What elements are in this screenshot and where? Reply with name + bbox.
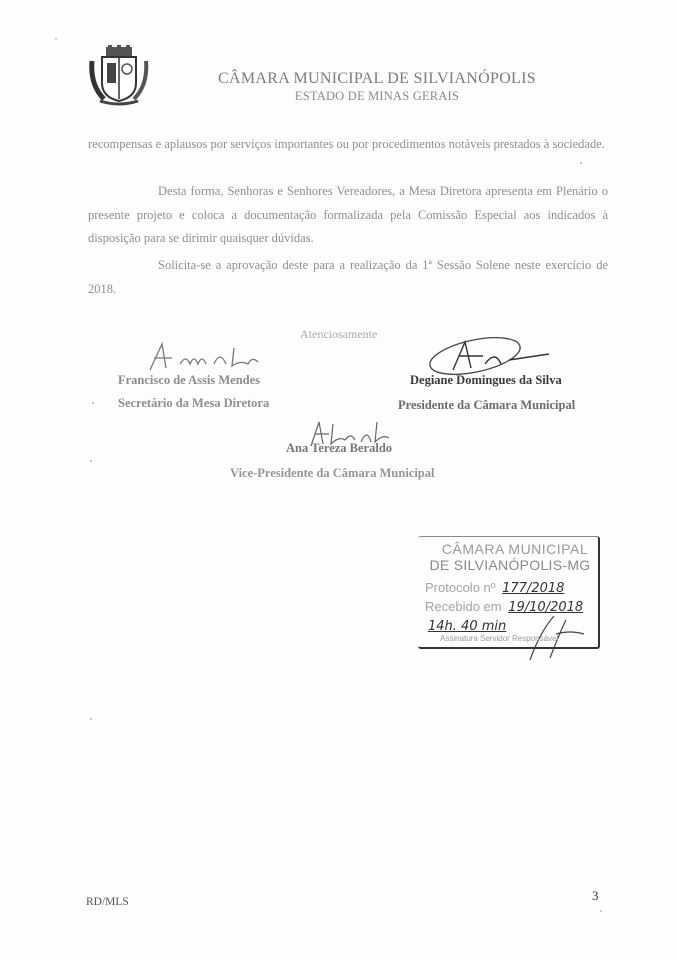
stamp-line: DE SILVIANÓPOLIS-MG [422,557,598,573]
scan-speck [600,910,602,912]
signatory-role: Presidente da Câmara Municipal [398,398,575,413]
closing-text: Atenciosamente [300,327,377,342]
scan-speck [90,718,92,720]
page-subtitle: ESTADO DE MINAS GERAIS [197,89,557,104]
scan-speck [92,402,94,404]
stamp-received-label: Recebido em [425,599,502,614]
scan-speck [55,38,57,40]
scan-speck [580,162,582,164]
coat-of-arms-icon [88,45,150,107]
signatory-role: Vice-Presidente da Câmara Municipal [230,466,435,481]
paragraph: Desta forma, Senhoras e Senhores Vereado… [88,180,608,251]
signature-icon [425,334,555,376]
stamp-time-value: 14h. 40 min [428,619,506,634]
stamp-caption: Assinatura Servidor Responsável [440,634,558,643]
stamp-protocol-value: 177/2018 [502,581,564,596]
paragraph: recompensas e aplausos por serviços impo… [88,133,608,157]
signatory-name: Francisco de Assis Mendes [118,373,260,388]
scan-speck [90,460,92,462]
signatory-name: Degiane Domingues da Silva [410,373,562,388]
stamp-line: CÂMARA MUNICIPAL [430,541,600,557]
signatory-role: Secretário da Mesa Diretora [118,396,269,411]
document-page: CÂMARA MUNICIPAL DE SILVIANÓPOLIS ESTADO… [0,0,678,960]
footer-initials: RD/MLS [86,896,129,908]
signature-icon [140,340,280,376]
stamp-protocol-label: Protocolo nº [425,580,496,595]
signatory-name: Ana Tereza Beraldo [286,441,392,456]
page-number: 3 [592,888,599,904]
stamp-time: 14h. 40 min [425,618,506,634]
page-title: CÂMARA MUNICIPAL DE SILVIANÓPOLIS [197,70,557,88]
paragraph: Solicita-se a aprovação deste para a rea… [88,254,608,301]
stamp-protocol: Protocolo nº 177/2018 [425,580,564,596]
